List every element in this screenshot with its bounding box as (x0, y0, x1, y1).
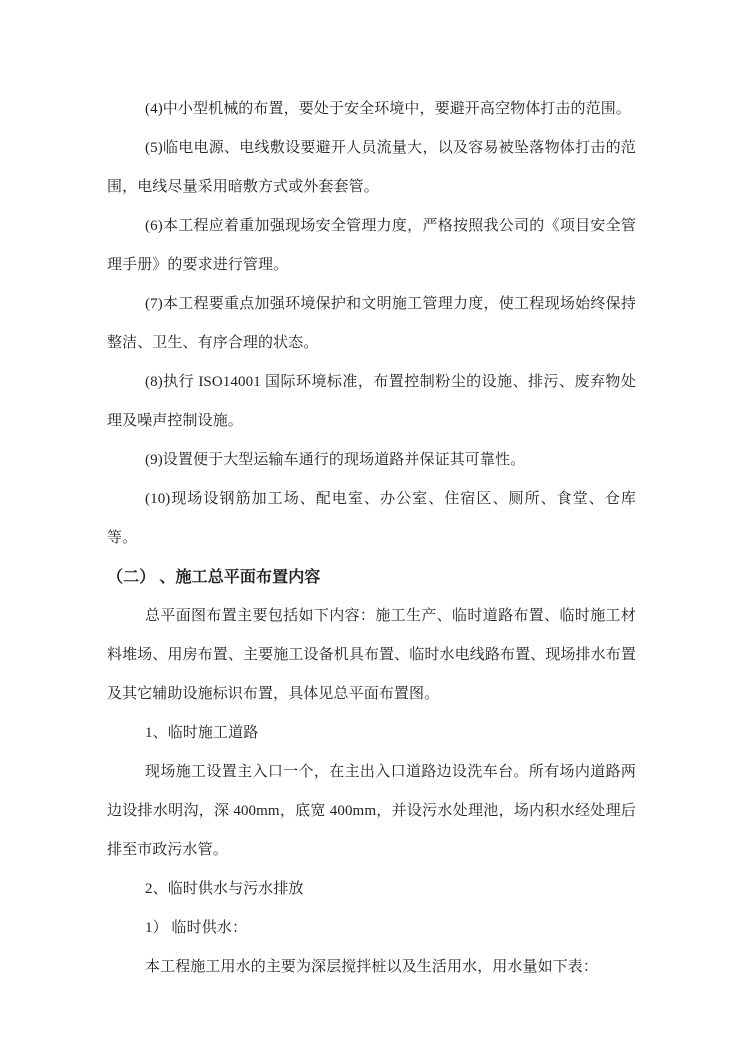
paragraph: (5)临电电源、电线敷设要避开人员流量大，以及容易被坠落物体打击的范围，电线尽量… (107, 129, 636, 207)
paragraph: (7)本工程要重点加强环境保护和文明施工管理力度，使工程现场始终保持整洁、卫生、… (107, 285, 636, 363)
paragraph: 2、临时供水与污水排放 (107, 870, 636, 909)
document-page: (4)中小型机械的布置，要处于安全环境中，要避开高空物体打击的范围。(5)临电电… (0, 0, 744, 1052)
paragraph: 1） 临时供水： (107, 909, 636, 948)
paragraph: 1、临时施工道路 (107, 714, 636, 753)
paragraph: 现场施工设置主入口一个，在主出入口道路边设洗车台。所有场内道路两边设排水明沟，深… (107, 753, 636, 870)
paragraph: (10)现场设钢筋加工场、配电室、办公室、住宿区、厕所、食堂、仓库等。 (107, 480, 636, 558)
document-body: (4)中小型机械的布置，要处于安全环境中，要避开高空物体打击的范围。(5)临电电… (107, 90, 636, 987)
paragraph: (4)中小型机械的布置，要处于安全环境中，要避开高空物体打击的范围。 (107, 90, 636, 129)
paragraph: 本工程施工用水的主要为深层搅拌桩以及生活用水，用水量如下表： (107, 948, 636, 987)
section-heading: （二） 、施工总平面布置内容 (107, 558, 636, 597)
paragraph: (8)执行 ISO14001 国际环境标准，布置控制粉尘的设施、排污、废弃物处理… (107, 363, 636, 441)
paragraph: 总平面图布置主要包括如下内容：施工生产、临时道路布置、临时施工材料堆场、用房布置… (107, 597, 636, 714)
paragraph: (6)本工程应着重加强现场安全管理力度，严格按照我公司的《项目安全管理手册》的要… (107, 207, 636, 285)
paragraph: (9)设置便于大型运输车通行的现场道路并保证其可靠性。 (107, 441, 636, 480)
